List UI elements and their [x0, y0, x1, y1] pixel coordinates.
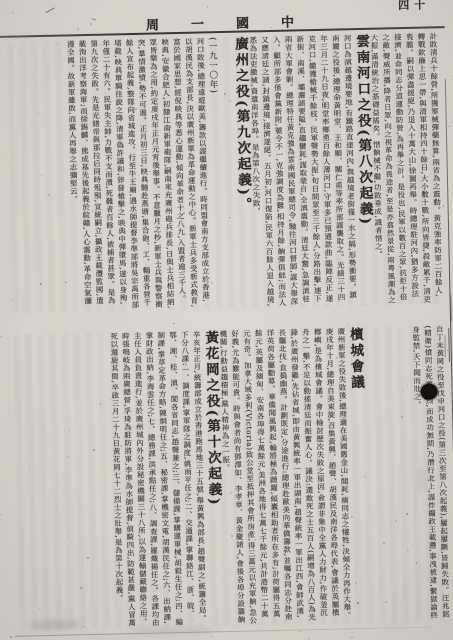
section-body-guangzhou: 河口敗後,總理遠遊歐美,籌款以謀繼續進行。時同盟會南方支部成立於香港,以胡漢民為…	[64, 37, 211, 312]
section-body-penang: 廣州新軍之役失敗後,總理適在美國舊金山,聞耗,痛同志之犧牲,決傾全力再作大舉。庚…	[217, 327, 353, 626]
lower-text-block: 自丁未黃岡之役至戊申河口之役(第三次至第八次起義),屢起屢蹶,皆歸失敗。汪兆銘(…	[13, 325, 451, 630]
scan-smudge	[416, 466, 427, 492]
pen-streak	[450, 295, 452, 321]
scanned-page: 四十 周一國中 計敗清兵十餘營,所獲軍械彈藥無算,兩省為之震動。黃克強率防軍二百…	[0, 0, 453, 640]
section-guangzhou-uprising: 廣州之役(第九次起義)。 (一九一〇年) 河口敗後,總理遠遊歐美,籌款以謀繼續進…	[64, 36, 252, 312]
section-hekou-uprising: 雲南河口之役(第八次起義) 河口為滇越邊境要地,有鐵路直達河內,與越境老街僅一水…	[247, 34, 374, 309]
prev-article-tail-text: 計敗清兵十餘營,所獲軍械彈藥無算,兩省為之震動。黃克強率防軍二百餘人,轉戰欽廉上…	[368, 32, 445, 305]
section-penang-conference: 檳城會議 廣州新軍之役失敗後,總理適在美國舊金山,聞耗,痛同志之犧牲,決傾全力再…	[217, 326, 416, 626]
section-heading-penang: 檳城會議	[347, 326, 416, 623]
page-number: 四十	[398, 0, 430, 13]
upper-text-block: 計敗清兵十餘營,所獲軍械彈藥無算,兩省為之震動。黃克強率防軍二百餘人,轉戰欽廉上…	[7, 32, 445, 313]
section-body-huanghuagang: 辛亥年正月,統籌部成立於香港跑馬地三十五號,舉黃興為部長,趙聲副之,統籌全局。下…	[108, 331, 209, 629]
pen-scratch-mark	[46, 7, 55, 13]
prev-article-tail: 計敗清兵十餘營,所獲軍械彈藥無算,兩省為之震動。黃克強率防軍二百餘人,轉戰欽廉上…	[368, 32, 445, 305]
pen-scratch-mark	[91, 18, 96, 21]
page-frame: 四十 周一國中 計敗清兵十餘營,所獲軍械彈藥無算,兩省為之震動。黃克強率防軍二百…	[0, 0, 453, 640]
section-huanghuagang-uprising: 黃花岡之役(第十次起義) 辛亥年正月,統籌部成立於香港跑馬地三十五號,舉黃興為部…	[108, 330, 224, 628]
section-body-hekou: 河口為滇越邊境要地,有鐵路直達河內,與越境老街僅一水之隔,形勢衝要。鎮南關之役後…	[247, 34, 359, 308]
pen-streak	[444, 335, 446, 357]
